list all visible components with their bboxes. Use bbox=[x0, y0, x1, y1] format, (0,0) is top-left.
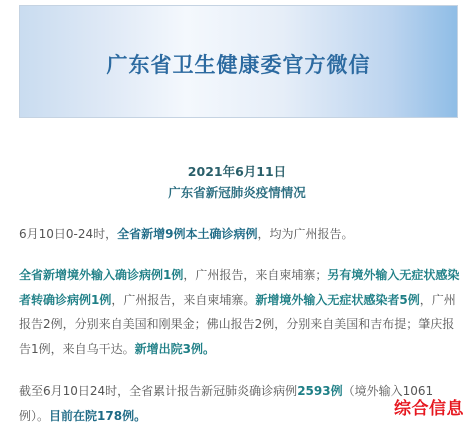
p3-highlight-1: 2593例 bbox=[297, 384, 342, 398]
paragraph-imported-cases: 全省新增境外输入确诊病例1例，广州报告，来自柬埔寨；另有境外输入无症状感染者转确… bbox=[19, 263, 461, 361]
heading-date: 2021年6月11日 bbox=[0, 162, 474, 182]
p2-highlight-3: 新增境外输入无症状感染者5例 bbox=[255, 293, 419, 307]
p2-text-1: ，广州报告，来自柬埔寨； bbox=[183, 268, 327, 282]
p2-highlight-4: 新增出院3例。 bbox=[135, 342, 215, 356]
banner-title: 广东省卫生健康委官方微信 bbox=[107, 49, 371, 79]
paragraph-local-cases: 6月10日0-24时，全省新增9例本土确诊病例，均为广州报告。 bbox=[19, 222, 461, 247]
article-heading: 2021年6月11日 广东省新冠肺炎疫情情况 bbox=[0, 162, 474, 204]
watermark-label: 综合信息 bbox=[394, 394, 464, 419]
header-banner: 广东省卫生健康委官方微信 bbox=[19, 5, 458, 118]
heading-subtitle: 广东省新冠肺炎疫情情况 bbox=[0, 182, 474, 204]
p2-highlight-1: 全省新增境外输入确诊病例1例 bbox=[19, 268, 183, 282]
p2-text-2: ，广州报告，来自柬埔寨。 bbox=[111, 293, 255, 307]
p3-text-1: 截至6月10日24时，全省累计报告新冠肺炎确诊病例 bbox=[19, 384, 297, 398]
p3-highlight-2: 目前在院178例。 bbox=[49, 409, 146, 423]
p1-lead: 6月10日0-24时， bbox=[19, 227, 117, 241]
p1-tail: ，均为广州报告。 bbox=[258, 227, 354, 241]
p1-highlight: 全省新增9例本土确诊病例 bbox=[117, 227, 257, 241]
